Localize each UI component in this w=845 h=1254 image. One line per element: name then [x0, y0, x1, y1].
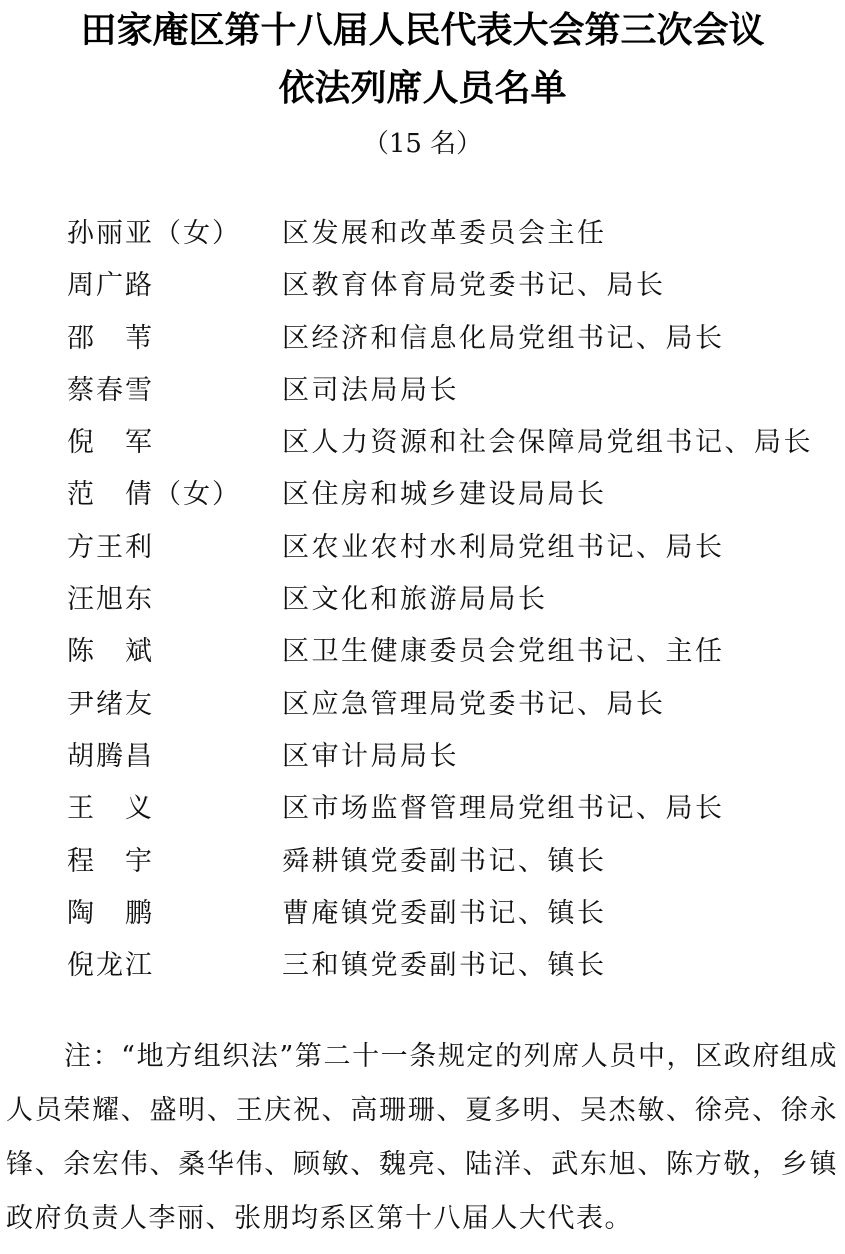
attendee-name: 陶 鹏: [67, 892, 154, 936]
document-title-line-1: 田家庵区第十八届人民代表大会第三次会议: [0, 8, 845, 52]
attendee-name: 邵 苇: [67, 317, 154, 361]
attendee-list: 孙丽亚（女） 区发展和改革委员会主任 周广路 区教育体育局党委书记、局长 邵 苇…: [67, 212, 837, 996]
attendee-name: 方王利: [67, 526, 154, 570]
attendee-position: 区文化和旅游局局长: [282, 578, 548, 622]
attendee-name: 陈 斌: [67, 630, 154, 674]
attendee-name: 孙丽亚（女）: [67, 212, 241, 256]
attendee-position: 区人力资源和社会保障局党组书记、局长: [282, 421, 813, 465]
attendee-position: 舜耕镇党委副书记、镇长: [282, 840, 607, 884]
attendee-position: 曹庵镇党委副书记、镇长: [282, 892, 607, 936]
attendee-position: 区经济和信息化局党组书记、局长: [282, 317, 725, 361]
list-item: 倪 军 区人力资源和社会保障局党组书记、局长: [67, 421, 837, 473]
attendee-name: 程 宇: [67, 840, 154, 884]
attendee-name: 周广路: [67, 264, 154, 308]
list-item: 程 宇 舜耕镇党委副书记、镇长: [67, 840, 837, 892]
attendee-name: 蔡春雪: [67, 369, 154, 413]
attendee-name: 尹绪友: [67, 683, 154, 727]
attendee-position: 区市场监督管理局党组书记、局长: [282, 787, 725, 831]
list-item: 汪旭东 区文化和旅游局局长: [67, 578, 837, 630]
attendee-position: 三和镇党委副书记、镇长: [282, 944, 607, 988]
list-item: 范 倩（女） 区住房和城乡建设局局长: [67, 473, 837, 525]
attendee-position: 区司法局局长: [282, 369, 459, 413]
document-title-line-2: 依法列席人员名单: [0, 66, 845, 110]
list-item: 蔡春雪 区司法局局长: [67, 369, 837, 421]
attendee-position: 区审计局局长: [282, 735, 459, 779]
attendee-name: 倪龙江: [67, 944, 154, 988]
attendee-position: 区教育体育局党委书记、局长: [282, 264, 666, 308]
list-item: 陈 斌 区卫生健康委员会党组书记、主任: [67, 630, 837, 682]
attendee-name: 王 义: [67, 787, 154, 831]
attendee-name: 汪旭东: [67, 578, 154, 622]
list-item: 胡腾昌 区审计局局长: [67, 735, 837, 787]
list-item: 邵 苇 区经济和信息化局党组书记、局长: [67, 317, 837, 369]
attendee-name: 范 倩（女）: [67, 473, 241, 517]
attendee-position: 区卫生健康委员会党组书记、主任: [282, 630, 725, 674]
attendee-position: 区应急管理局党委书记、局长: [282, 683, 666, 727]
list-item: 王 义 区市场监督管理局党组书记、局长: [67, 787, 837, 839]
list-item: 方王利 区农业农村水利局党组书记、局长: [67, 526, 837, 578]
list-item: 孙丽亚（女） 区发展和改革委员会主任: [67, 212, 837, 264]
attendee-position: 区住房和城乡建设局局长: [282, 473, 607, 517]
attendee-position: 区农业农村水利局党组书记、局长: [282, 526, 725, 570]
attendee-count: （15 名）: [0, 126, 845, 162]
list-item: 陶 鹏 曹庵镇党委副书记、镇长: [67, 892, 837, 944]
footnote: 注：“地方组织法”第二十一条规定的列席人员中，区政府组成人员荣耀、盛明、王庆祝、…: [6, 1030, 838, 1246]
attendee-name: 倪 军: [67, 421, 154, 465]
list-item: 倪龙江 三和镇党委副书记、镇长: [67, 944, 837, 996]
attendee-position: 区发展和改革委员会主任: [282, 212, 607, 256]
attendee-name: 胡腾昌: [67, 735, 154, 779]
list-item: 尹绪友 区应急管理局党委书记、局长: [67, 683, 837, 735]
list-item: 周广路 区教育体育局党委书记、局长: [67, 264, 837, 316]
